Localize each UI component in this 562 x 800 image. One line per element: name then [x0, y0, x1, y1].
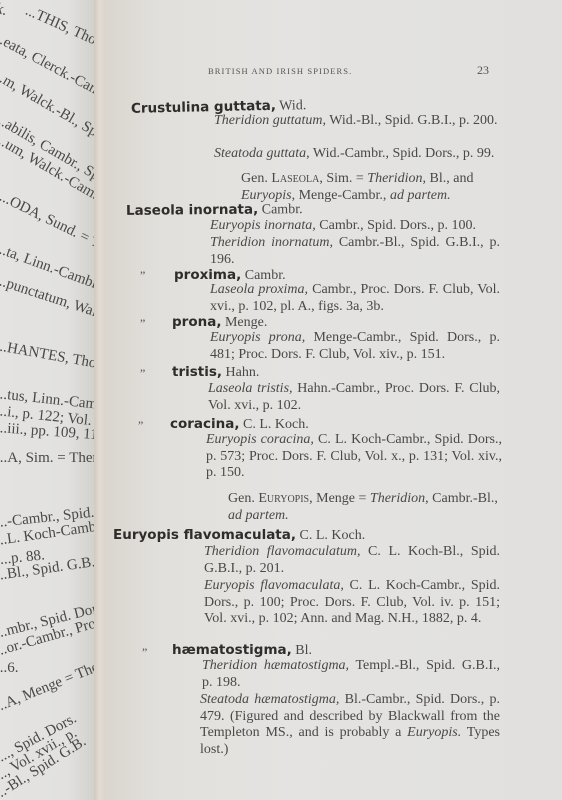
left-page-line: k.	[0, 0, 9, 20]
synonym: Theridion flavomaculatum, C. L. Koch-Bl.…	[204, 544, 500, 577]
synonym-name: Euryopis inornata,	[210, 218, 316, 233]
synonym: Theridion hæmatostigma, Templ.-Bl., Spid…	[202, 658, 500, 691]
species-author: C. L. Koch.	[296, 528, 365, 543]
synonym-genus: Euryopis.	[407, 725, 461, 740]
species-author: Cambr.	[258, 202, 302, 217]
ditto-mark: ”	[140, 268, 145, 283]
genus-note: Gen. Euryopis, Menge = Theridion, Cambr.…	[228, 490, 508, 524]
species-name: Laseola inornata,	[126, 202, 258, 219]
synonym-name: Euryopis flavomaculata,	[204, 578, 344, 593]
species-heading: Laseola inornata, Cambr.	[126, 198, 303, 220]
synonym-name: Euryopis coracina,	[206, 432, 314, 447]
left-page-line: ...THIS, Thor.	[23, 3, 96, 53]
synonym-name: Steatoda hæmatostigma,	[200, 692, 339, 707]
synonym-name: Theridion inornatum,	[210, 235, 333, 250]
left-page-line: ...A, Sim. = Therid.	[0, 450, 96, 467]
species-heading: tristis, Hahn.	[172, 361, 259, 381]
synonym-ref: Wid.-Bl., Spid. G.B.I., p. 200.	[326, 113, 497, 128]
species-name: coracina,	[170, 416, 240, 432]
species-author: Hahn.	[222, 365, 259, 380]
synonym: Theridion guttatum, Wid.-Bl., Spid. G.B.…	[205, 113, 498, 130]
species-heading: prona, Menge.	[172, 311, 267, 331]
species-author: Menge.	[221, 315, 267, 330]
species-name: Euryopis flavomaculata,	[113, 527, 296, 543]
ditto-mark: ”	[138, 418, 143, 433]
synonym-name: Euryopis prona,	[210, 330, 305, 345]
synonym-ref: Cambr., Spid. Dors., p. 100.	[316, 218, 476, 233]
synonym-name: Steatoda guttata,	[214, 146, 310, 161]
synonym-name: Theridion hæmatostigma,	[202, 658, 349, 673]
synonym: Steatoda guttata, Wid.-Cambr., Spid. Dor…	[205, 146, 498, 163]
synonym: Euryopis inornata, Cambr., Spid. Dors., …	[210, 218, 500, 235]
running-head: BRITISH AND IRISH SPIDERS.	[208, 66, 352, 76]
species-heading: Euryopis flavomaculata, C. L. Koch.	[113, 524, 365, 544]
synonym: Euryopis prona, Menge-Cambr., Spid. Dors…	[210, 330, 500, 363]
species-heading: proxima, Cambr.	[174, 264, 286, 284]
species-name: hæmatostigma,	[172, 642, 292, 658]
species-author: C. L. Koch.	[240, 417, 309, 432]
synonym-name: Theridion guttatum,	[214, 113, 326, 128]
species-author: Bl.	[292, 643, 312, 658]
synonym-ref: Wid.-Cambr., Spid. Dors., p. 99.	[310, 146, 495, 161]
species-name: proxima,	[174, 267, 241, 283]
genus-name: Euryopis	[258, 491, 309, 506]
species-author: Wid.	[276, 98, 307, 114]
page-number: 23	[477, 63, 489, 78]
species-heading: hæmatostigma, Bl.	[172, 639, 312, 659]
ditto-mark: ”	[140, 366, 145, 381]
synonym-name: Theridion flavomaculatum,	[204, 544, 361, 559]
species-author: Cambr.	[241, 268, 285, 283]
synonym: Steatoda hæmatostigma, Bl.-Cambr., Spid.…	[200, 692, 500, 758]
synonym-name: Laseola proxima,	[210, 282, 308, 297]
ditto-mark: ”	[142, 645, 147, 660]
left-page-line: ...6.	[0, 660, 19, 677]
species-name: tristis,	[172, 364, 222, 380]
synonym: Laseola tristis, Hahn.-Cambr., Proc. Dor…	[208, 381, 500, 414]
left-page-line: ...HANTES, Thorell.	[0, 338, 96, 377]
species-heading: coracina, C. L. Koch.	[170, 413, 309, 433]
synonym: Euryopis flavomaculata, C. L. Koch-Cambr…	[204, 578, 500, 628]
synonym: Euryopis coracina, C. L. Koch-Cambr., Sp…	[206, 432, 502, 482]
left-page: k. ...THIS, Thor. ...eata, Clerck.-Cambr…	[0, 0, 96, 800]
synonym-name: Laseola tristis,	[208, 381, 293, 396]
genus-name: Laseola	[271, 171, 319, 186]
ditto-mark: ”	[140, 316, 145, 331]
species-name: prona,	[172, 314, 221, 330]
